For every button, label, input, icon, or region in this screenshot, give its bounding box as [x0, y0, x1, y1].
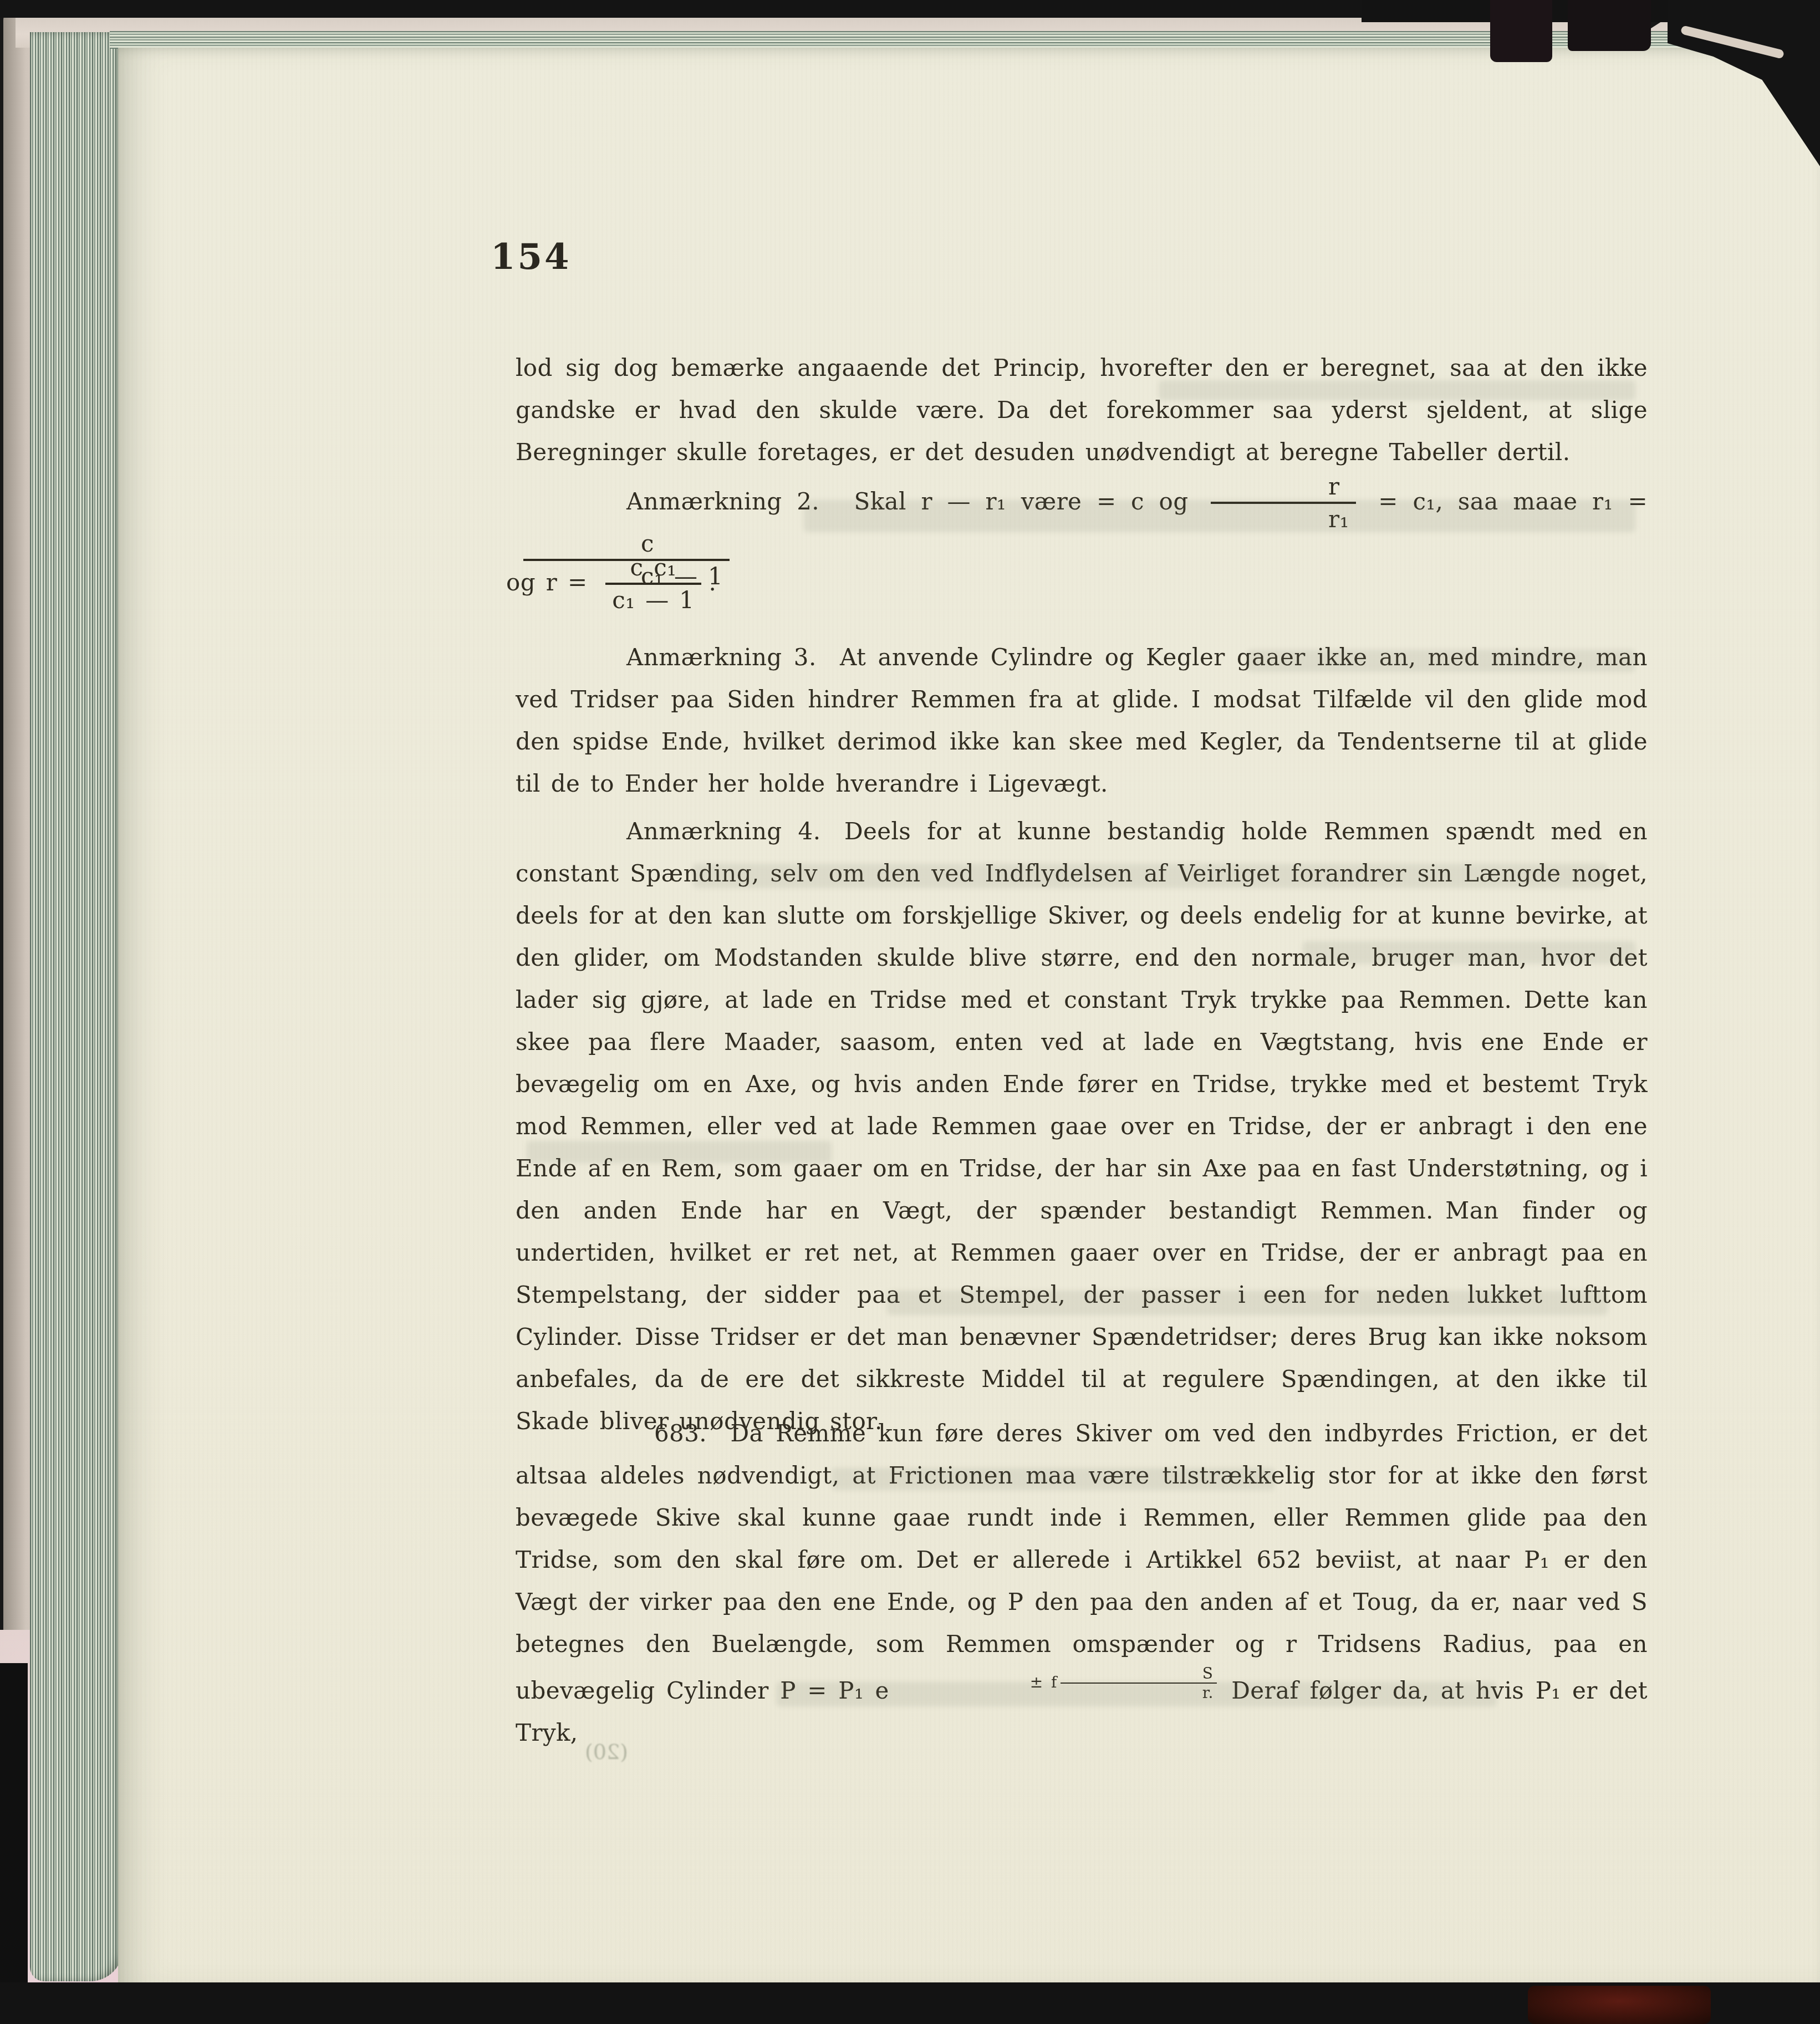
- remark-2-period: .: [709, 569, 717, 596]
- remark-2-text-c: og r =: [506, 569, 588, 596]
- section-683-text-a: 683. Da Remme kun føre deres Skiver om v…: [516, 1420, 1648, 1704]
- book-page: 154 lod sig dog bemærke angaaende det Pr…: [118, 48, 1820, 1987]
- fraction-cc1-over-c1-minus-1: c c₁c₁ — 1: [605, 555, 701, 613]
- bleedthrough-smudge: [693, 864, 1608, 888]
- bleedthrough-smudge: [527, 1141, 832, 1163]
- dark-red-stain: [1528, 1986, 1711, 2024]
- bleedthrough-smudge: [832, 1468, 1275, 1490]
- bleedthrough-signature-mark: (20): [585, 1740, 628, 1764]
- page-stack-edges-left: [30, 32, 123, 1981]
- bleedthrough-smudge: [776, 1682, 1497, 1706]
- bleedthrough-smudge: [804, 500, 1635, 532]
- background-bottom-left: [0, 1663, 28, 2024]
- adjacent-book-spine: [1568, 0, 1651, 51]
- remark-4-paragraph: Anmærkning 4. Deels for at kunne bestand…: [516, 810, 1648, 1442]
- bleedthrough-smudge: [1159, 380, 1635, 400]
- remark-2-label: Anmærkning 2.: [626, 488, 819, 515]
- bleedthrough-smudge: [887, 1291, 1608, 1315]
- bleedthrough-smudge: [1247, 650, 1635, 672]
- page-number: 154: [491, 236, 572, 278]
- bleedthrough-smudge: [1303, 941, 1635, 963]
- remark-2-line-2: og r = c c₁c₁ — 1.: [506, 555, 1638, 613]
- page-stack-edges-top: [110, 31, 1709, 49]
- adjacent-book-spine: [1490, 0, 1552, 62]
- paragraph-continuation: lod sig dog bemærke angaaende det Princi…: [516, 347, 1648, 473]
